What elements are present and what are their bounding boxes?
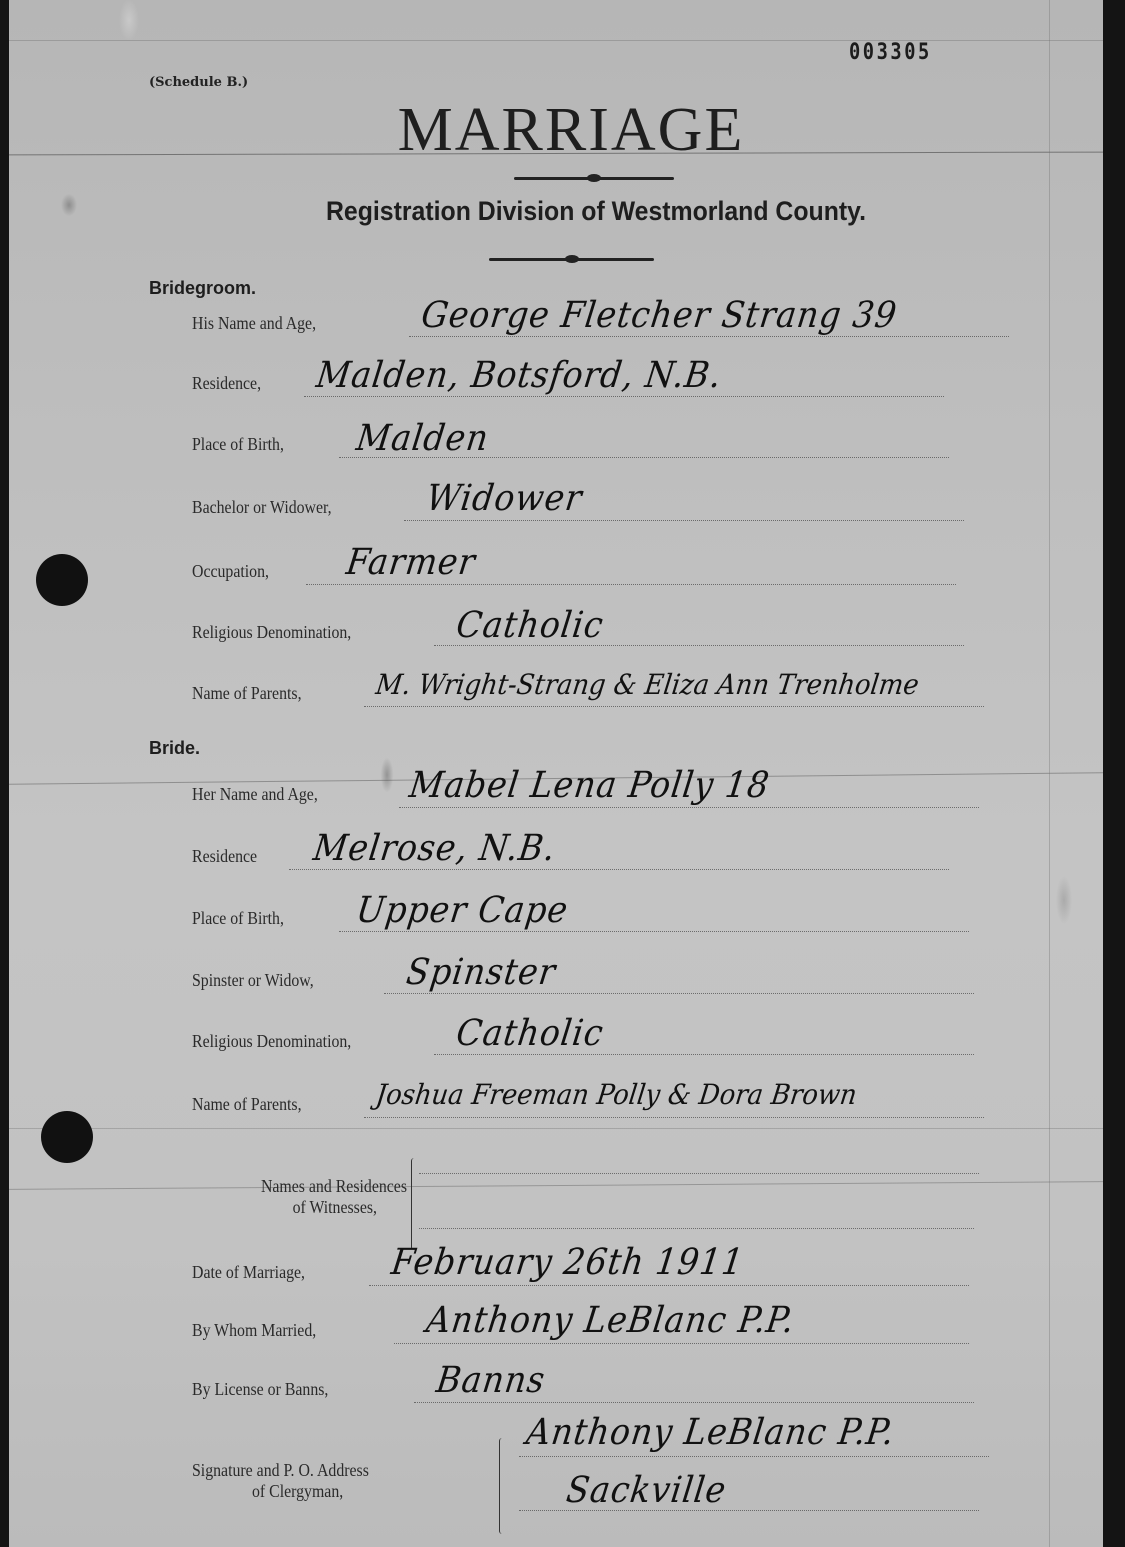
leader-line [306, 584, 956, 585]
leader-line [414, 1402, 974, 1403]
field-value-bride-status: Spinster [404, 952, 558, 993]
ruled-line [9, 40, 1103, 41]
clergyman-label-line1: Signature and P. O. Address [192, 1460, 369, 1481]
clergyman-address: Sackville [564, 1470, 729, 1511]
field-value-groom-birthplace: Malden [354, 418, 491, 459]
field-label-groom-status: Bachelor or Widower, [192, 497, 332, 518]
field-value-groom-occupation: Farmer [344, 542, 478, 583]
field-value-groom-name: George Fletcher Strang 39 [419, 295, 900, 336]
field-value-date: February 26th 1911 [389, 1242, 746, 1283]
leader-line [369, 1285, 969, 1286]
field-value-groom-religion: Catholic [454, 605, 606, 646]
vertical-rule [1049, 0, 1050, 1547]
field-label-groom-birthplace: Place of Birth, [192, 434, 284, 455]
field-value-groom-residence: Malden, Botsford, N.B. [314, 355, 724, 396]
field-label-bride-religion: Religious Denomination, [192, 1031, 351, 1052]
field-label-groom-occupation: Occupation, [192, 561, 269, 582]
field-label-groom-religion: Religious Denomination, [192, 622, 351, 643]
ruled-line [9, 1181, 1103, 1190]
field-label-date: Date of Marriage, [192, 1262, 305, 1283]
section-bridegroom: Bridegroom. [149, 278, 256, 299]
clergyman-label-line2: of Clergyman, [252, 1481, 343, 1502]
field-label-bride-birthplace: Place of Birth, [192, 908, 284, 929]
field-label-groom-residence: Residence, [192, 373, 261, 394]
field-label-bride-parents: Name of Parents, [192, 1094, 302, 1115]
leader-line [404, 520, 964, 521]
leader-line [399, 807, 979, 808]
field-label-groom-name: His Name and Age, [192, 313, 316, 334]
field-label-bride-name: Her Name and Age, [192, 784, 318, 805]
field-label-license: By License or Banns, [192, 1379, 328, 1400]
leader-line [304, 396, 944, 397]
marriage-record-page: 003305 (Schedule B.) MARRIAGE Registrati… [9, 0, 1103, 1547]
field-label-bride-residence: Residence [192, 846, 257, 867]
field-label-bride-status: Spinster or Widow, [192, 970, 314, 991]
witness-line-1[interactable] [419, 1173, 979, 1174]
bracket [499, 1438, 504, 1534]
field-value-officiant: Anthony LeBlanc P.P. [424, 1300, 797, 1341]
witnesses-label-line1: Names and Residences [206, 1176, 407, 1197]
page-title: MARRIAGE [24, 95, 1103, 166]
leader-line [339, 931, 969, 932]
ornament-divider [489, 258, 654, 261]
field-label-officiant: By Whom Married, [192, 1320, 316, 1341]
page-subtitle: Registration Division of Westmorland Cou… [93, 196, 1099, 227]
field-value-bride-birthplace: Upper Cape [354, 890, 571, 931]
ornament-divider [514, 177, 674, 180]
field-value-groom-status: Widower [424, 478, 585, 519]
leader-line [519, 1456, 989, 1457]
witnesses-label-line2: of Witnesses, [203, 1197, 377, 1218]
leader-line [364, 706, 984, 707]
field-value-license: Banns [434, 1360, 548, 1401]
field-value-groom-parents: M. Wright-Strang & Eliza Ann Trenholme [374, 668, 921, 701]
record-number: 003305 [849, 40, 932, 65]
leader-line [434, 1054, 974, 1055]
hole-punch [36, 554, 88, 606]
leader-line [394, 1343, 969, 1344]
section-bride: Bride. [149, 738, 200, 759]
field-value-bride-religion: Catholic [454, 1013, 606, 1054]
ruled-line [9, 1128, 1103, 1129]
leader-line [384, 993, 974, 994]
clergyman-signature: Anthony LeBlanc P.P. [524, 1412, 897, 1453]
field-value-bride-parents: Joshua Freeman Polly & Dora Brown [374, 1078, 859, 1111]
leader-line [364, 1117, 984, 1118]
bracket [411, 1158, 416, 1250]
leader-line [289, 869, 949, 870]
field-value-bride-name: Mabel Lena Polly 18 [407, 765, 772, 806]
field-value-bride-residence: Melrose, N.B. [311, 828, 558, 869]
hole-punch [41, 1111, 93, 1163]
witness-line-2[interactable] [419, 1228, 974, 1229]
field-label-groom-parents: Name of Parents, [192, 683, 302, 704]
schedule-label: (Schedule B.) [149, 75, 248, 90]
leader-line [409, 336, 1009, 337]
